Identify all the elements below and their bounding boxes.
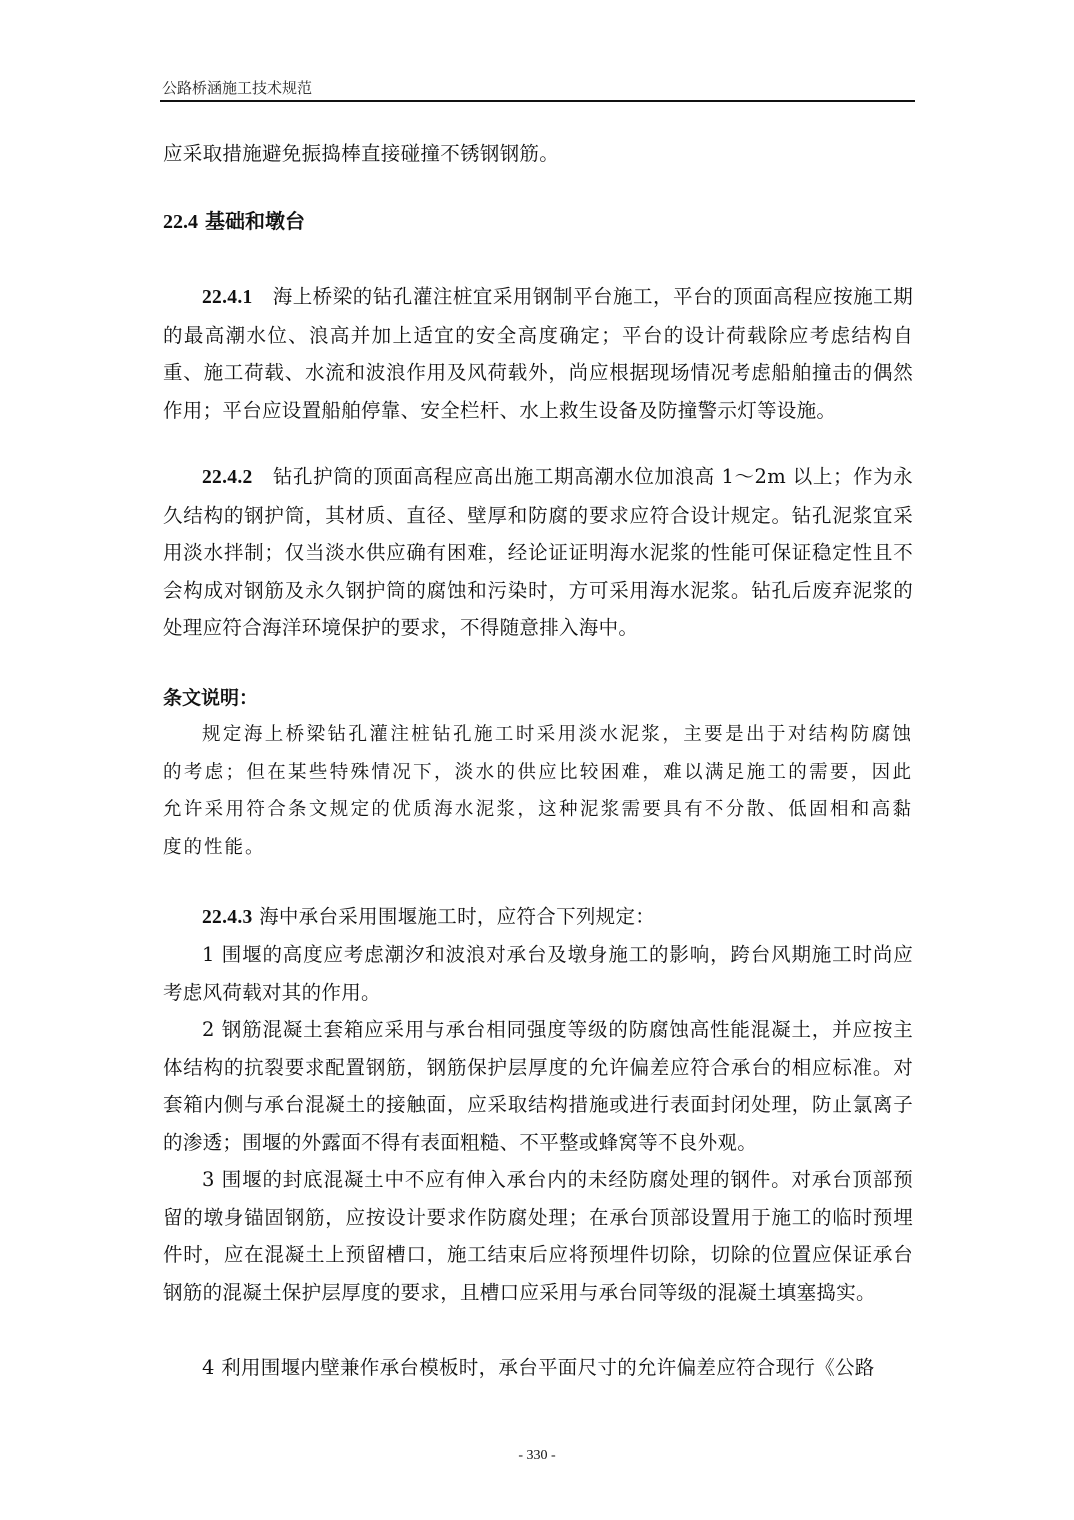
- section-title: 基础和墩台: [205, 209, 305, 233]
- clause-number: 22.4.1: [202, 287, 253, 308]
- section-heading: 22.4 基础和墩台: [163, 205, 305, 234]
- commentary-title: 条文说明：: [163, 683, 258, 710]
- list-item-4: 4 利用围堰内壁兼作承台模板时，承台平面尺寸的允许偏差应符合现行《公路: [163, 1349, 913, 1387]
- page-header: 公路桥涵施工技术规范: [160, 74, 915, 102]
- document-title: 公路桥涵施工技术规范: [162, 77, 312, 98]
- clause-22-4-2: 22.4.2 钻孔护筒的顶面高程应高出施工期高潮水位加浪高 1～2m 以上；作为…: [163, 458, 913, 647]
- clause-lead: 海中承台采用围堰施工时，应符合下列规定：: [259, 905, 655, 928]
- commentary-text: 规定海上桥梁钻孔灌注桩钻孔施工时采用淡水泥浆，主要是出于对结构防腐蚀的考虑；但在…: [163, 716, 913, 866]
- clause-text: 海上桥梁的钻孔灌注桩宜采用钢制平台施工，平台的顶面高程应按施工期的最高潮水位、浪…: [163, 285, 913, 422]
- page-number: - 330 -: [0, 1448, 1074, 1464]
- clause-22-4-1: 22.4.1 海上桥梁的钻孔灌注桩宜采用钢制平台施工，平台的顶面高程应按施工期的…: [163, 278, 913, 429]
- list-item-3: 3 围堰的封底混凝土中不应有伸入承台内的未经防腐处理的钢件。对承台顶部预留的墩身…: [163, 1161, 913, 1311]
- list-item-1: 1 围堰的高度应考虑潮汐和波浪对承台及墩身施工的影响，跨台风期施工时尚应考虑风荷…: [163, 936, 913, 1011]
- clause-number: 22.4.2: [202, 467, 253, 488]
- clause-text: 钻孔护筒的顶面高程应高出施工期高潮水位加浪高 1～2m 以上；作为永久结构的钢护…: [163, 465, 913, 639]
- clause-22-4-3: 22.4.3 海中承台采用围堰施工时，应符合下列规定：: [163, 898, 913, 937]
- clause-number: 22.4.3: [202, 907, 253, 928]
- intro-line: 应采取措施避免振捣棒直接碰撞不锈钢钢筋。: [163, 135, 913, 173]
- section-number: 22.4: [163, 211, 198, 233]
- list-item-2: 2 钢筋混凝土套箱应采用与承台相同强度等级的防腐蚀高性能混凝土，并应按主体结构的…: [163, 1011, 913, 1161]
